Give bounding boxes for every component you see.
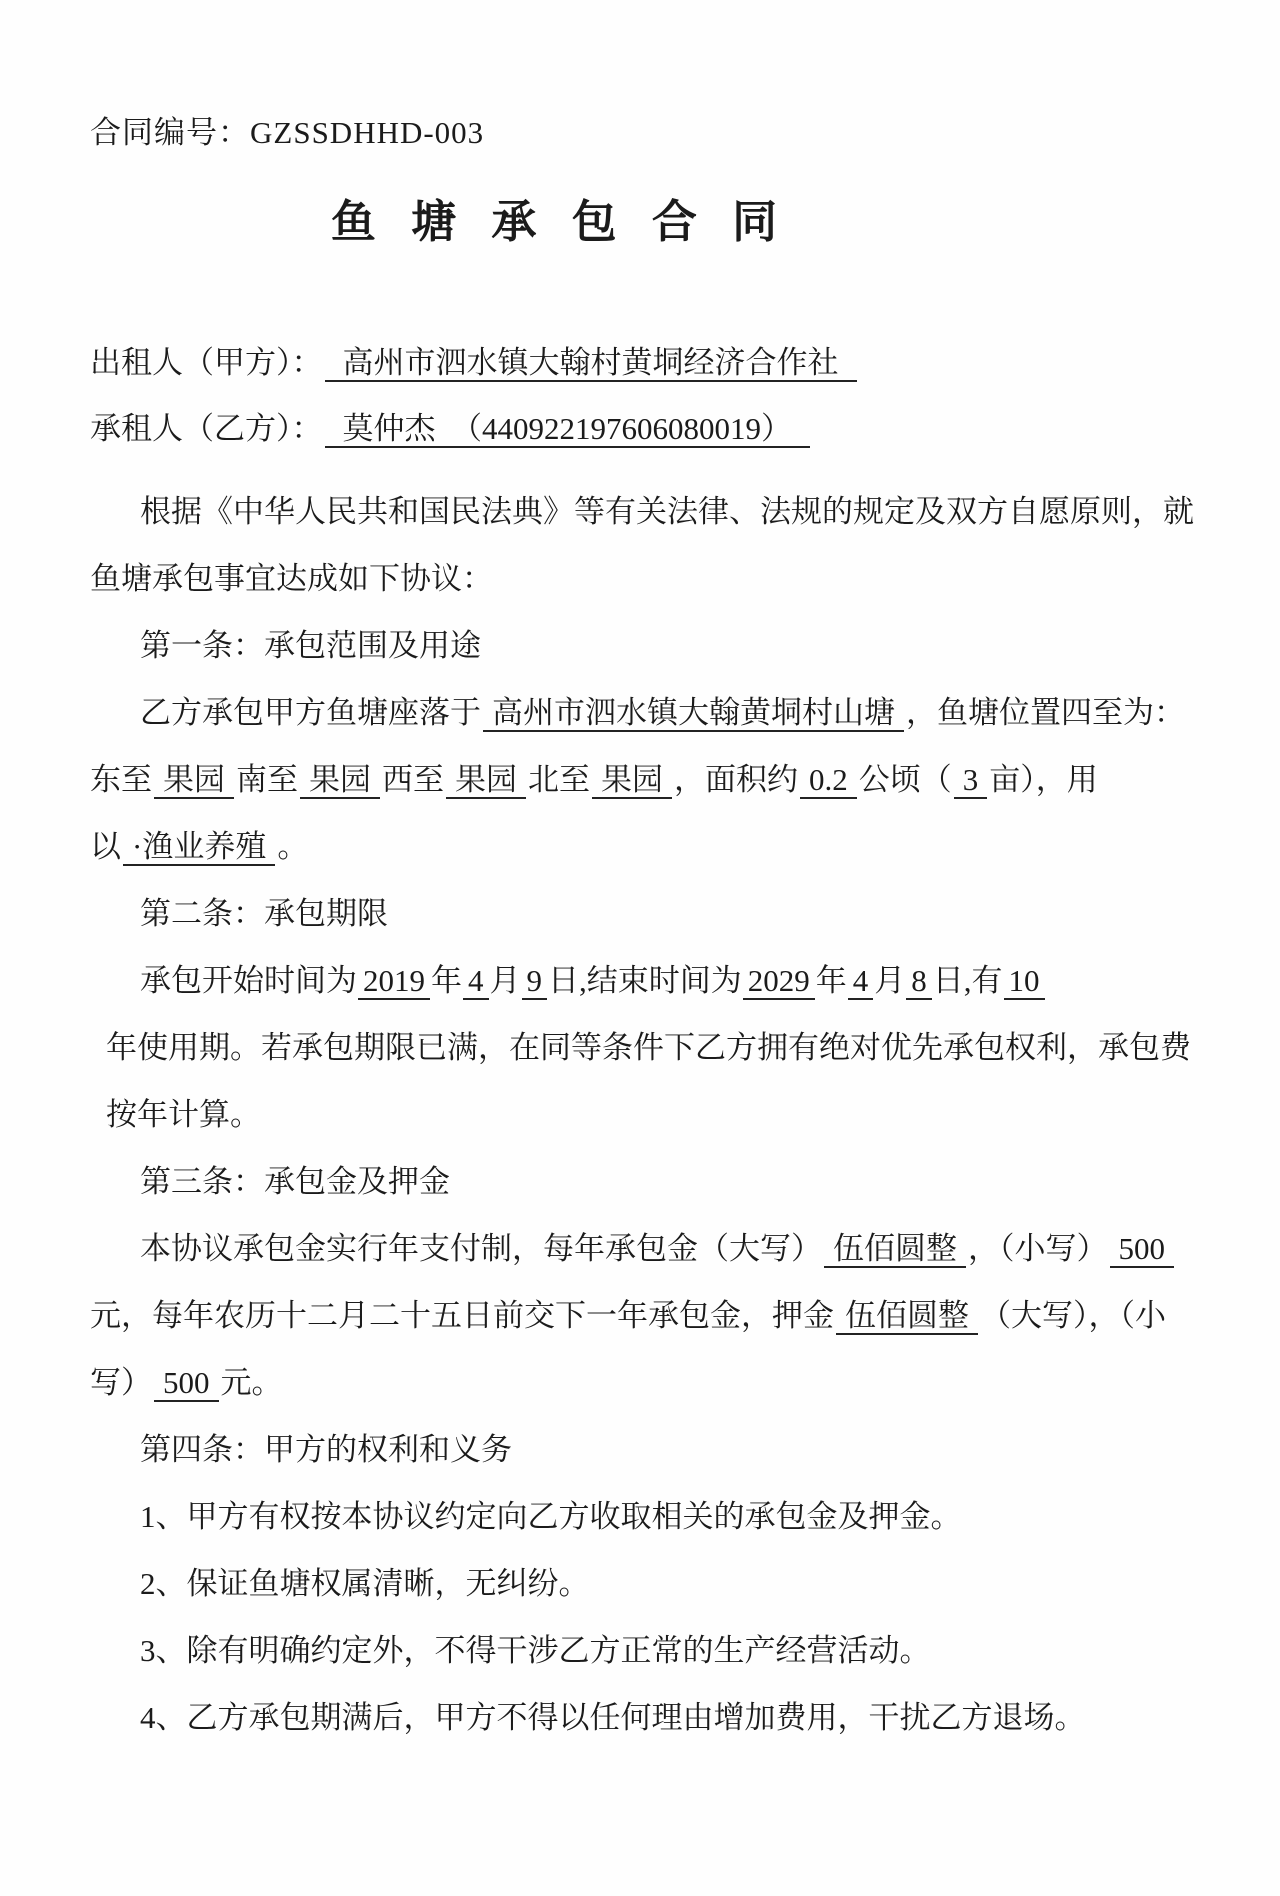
clause4-item-1: 1、甲方有权按本协议约定向乙方收取相关的承包金及押金。 [90, 1483, 1030, 1550]
filled-blank: 4 [463, 963, 489, 1000]
clause2-line-2: 年使用期。若承包期限已满，在同等条件下乙方拥有绝对优先承包权利，承包费 [90, 1014, 1030, 1081]
clause1-heading: 第一条：承包范围及用途 [90, 612, 1030, 679]
text-segment: 承包开始时间为 [140, 963, 357, 998]
text-segment: 承租人（乙方）： [90, 411, 323, 446]
text-segment: 本协议承包金实行年支付制，每年承包金（大写） [140, 1231, 822, 1266]
text-segment: ，面积约 [674, 762, 798, 797]
clause4-item-4: 4、乙方承包期满后，甲方不得以任何理由增加费用，干扰乙方退场。 [90, 1684, 1030, 1751]
filled-blank: 9 [522, 963, 548, 1000]
party-b-line: 承租人（乙方）：莫仲杰 （440922197606080019） [90, 406, 1030, 452]
text-segment: 月 [874, 963, 905, 998]
text-segment: 月 [490, 963, 521, 998]
filled-blank: 8 [906, 963, 932, 1000]
text-segment: 公顷（ [859, 762, 952, 797]
text-segment: 南至 [236, 762, 298, 797]
clause4-item-3: 3、除有明确约定外，不得干涉乙方正常的生产经营活动。 [90, 1617, 1030, 1684]
contract-number-line: 合同编号：GZSSDHHD-003 [90, 112, 1030, 154]
clause3-line-1: 本协议承包金实行年支付制，每年承包金（大写）伍佰圆整，（小写）500 [90, 1215, 1030, 1282]
filled-blank: 高州市泗水镇大翰黄垌村山塘 [483, 695, 904, 732]
clause3-line-2: 元，每年农历十二月二十五日前交下一年承包金，押金伍佰圆整（大写），（小 [90, 1282, 1030, 1349]
filled-blank: 2029 [743, 963, 815, 1000]
clause2-heading: 第二条：承包期限 [90, 880, 1030, 947]
party-a-line: 出租人（甲方）：高州市泗水镇大翰村黄垌经济合作社 [90, 340, 1030, 386]
clause4-heading: 第四条：甲方的权利和义务 [90, 1416, 1030, 1483]
text-segment: 日,有 [933, 963, 1003, 998]
filled-blank: 2019 [358, 963, 430, 1000]
contract-number-value: GZSSDHHD-003 [250, 115, 484, 150]
text-segment: ，（小写） [968, 1231, 1108, 1266]
filled-blank: 10 [1004, 963, 1045, 1000]
filled-blank: 高州市泗水镇大翰村黄垌经济合作社 [325, 345, 857, 382]
filled-blank: 莫仲杰 （440922197606080019） [325, 411, 811, 448]
text-segment: （大写），（小 [980, 1298, 1166, 1333]
text-segment: 乙方承包甲方鱼塘座落于 [140, 695, 481, 730]
text-segment: 东至 [90, 762, 152, 797]
text-segment: 北至 [528, 762, 590, 797]
text-segment: 年 [816, 963, 847, 998]
filled-blank: 0.2 [800, 762, 857, 799]
clause4-item-2: 2、保证鱼塘权属清晰，无纠纷。 [90, 1550, 1030, 1617]
filled-blank: 果园 [592, 762, 672, 799]
text-segment: 年 [431, 963, 462, 998]
clause1-line-2: 东至果园南至果园西至果园北至果园，面积约0.2公顷（3亩），用 [90, 746, 1030, 813]
filled-blank: 3 [954, 762, 988, 799]
document-title: 鱼 塘 承 包 合 同 [90, 196, 1030, 248]
filled-blank: 果园 [154, 762, 234, 799]
text-segment: 元。 [221, 1365, 283, 1400]
contract-number-label: 合同编号： [90, 115, 250, 150]
preamble-line-1: 根据《中华人民共和国民法典》等有关法律、法规的规定及双方自愿原则，就 [90, 478, 1030, 545]
clause1-line-1: 乙方承包甲方鱼塘座落于高州市泗水镇大翰黄垌村山塘，鱼塘位置四至为： [90, 679, 1030, 746]
filled-blank: 500 [1110, 1231, 1175, 1268]
clause2-line-3: 按年计算。 [90, 1081, 1030, 1148]
filled-blank: ·渔业养殖 [123, 829, 275, 866]
clause1-line-3: 以·渔业养殖。 [90, 813, 1030, 880]
clause3-line-3: 写）500元。 [90, 1349, 1030, 1416]
text-segment: 写） [90, 1365, 152, 1400]
clause3-heading: 第三条：承包金及押金 [90, 1148, 1030, 1215]
contract-document-page: 合同编号：GZSSDHHD-003 鱼 塘 承 包 合 同 出租人（甲方）：高州… [0, 0, 1280, 1896]
text-segment: ，鱼塘位置四至为： [906, 695, 1185, 730]
text-segment: 元，每年农历十二月二十五日前交下一年承包金，押金 [90, 1298, 834, 1333]
text-segment: 。 [277, 829, 308, 864]
filled-blank: 伍佰圆整 [824, 1231, 966, 1268]
text-segment: 以 [90, 829, 121, 864]
text-segment: 亩），用 [989, 762, 1098, 797]
filled-blank: 4 [848, 963, 874, 1000]
clause2-line-1: 承包开始时间为2019年4月9日,结束时间为2029年4月8日,有10 [90, 947, 1030, 1014]
text-segment: 西至 [382, 762, 444, 797]
text-segment: 出租人（甲方）： [90, 345, 323, 380]
filled-blank: 500 [154, 1365, 219, 1402]
filled-blank: 伍佰圆整 [836, 1298, 978, 1335]
text-segment: 日,结束时间为 [548, 963, 742, 998]
preamble-line-2: 鱼塘承包事宜达成如下协议： [90, 545, 1030, 612]
filled-blank: 果园 [300, 762, 380, 799]
filled-blank: 果园 [446, 762, 526, 799]
